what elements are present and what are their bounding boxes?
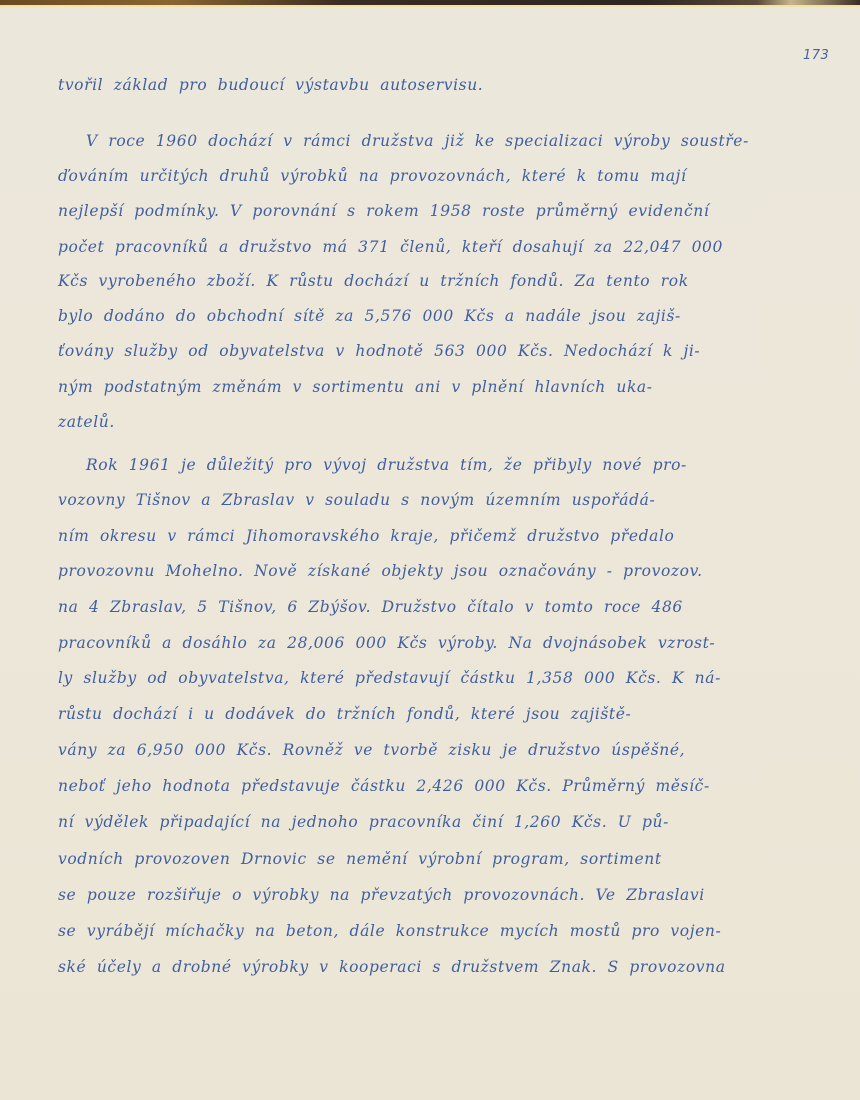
handwritten-line: vodních provozoven Drnovic se nemění výr… xyxy=(58,849,798,869)
handwritten-line: na 4 Zbraslav, 5 Tišnov, 6 Zbýšov. Družs… xyxy=(58,597,798,617)
handwritten-line: se pouze rozšiřuje o výrobky na převzatý… xyxy=(58,885,798,905)
handwritten-line: se vyrábějí míchačky na beton, dále kons… xyxy=(58,921,798,941)
handwritten-line: pracovníků a dosáhlo za 28,006 000 Kčs v… xyxy=(58,633,798,653)
handwritten-line: ly služby od obyvatelstva, které předsta… xyxy=(58,668,798,688)
handwritten-line: V roce 1960 dochází v rámci družstva již… xyxy=(86,131,826,151)
handwritten-line: neboť jeho hodnota představuje částku 2,… xyxy=(58,776,798,796)
handwritten-line: ťovány služby od obyvatelstva v hodnotě … xyxy=(58,341,798,361)
page-number: 173 xyxy=(803,48,829,63)
handwritten-line: počet pracovníků a družstvo má 371 členů… xyxy=(58,237,798,257)
handwritten-line: růstu dochází i u dodávek do tržních fon… xyxy=(58,704,798,724)
handwritten-line: zatelů. xyxy=(58,412,798,432)
handwritten-line: vozovny Tišnov a Zbraslav v souladu s no… xyxy=(58,490,798,510)
handwritten-line: Kčs vyrobeného zboží. K růstu dochází u … xyxy=(58,271,798,291)
handwritten-line: bylo dodáno do obchodní sítě za 5,576 00… xyxy=(58,306,798,326)
handwritten-line: ným podstatným změnám v sortimentu ani v… xyxy=(58,377,798,397)
paper-edge xyxy=(0,5,860,7)
handwritten-line: ďováním určitých druhů výrobků na provoz… xyxy=(58,166,798,186)
handwritten-line: vány za 6,950 000 Kčs. Rovněž ve tvorbě … xyxy=(58,740,798,760)
handwritten-line: nejlepší podmínky. V porovnání s rokem 1… xyxy=(58,201,798,221)
handwritten-line: provozovnu Mohelno. Nově získané objekty… xyxy=(58,561,798,581)
handwritten-line: ské účely a drobné výrobky v kooperaci s… xyxy=(58,957,798,977)
handwritten-line: ní výdělek připadající na jednoho pracov… xyxy=(58,812,798,832)
document-page: 173 tvořil základ pro budoucí výstavbu a… xyxy=(0,0,860,1100)
handwritten-line: ním okresu v rámci Jihomoravského kraje,… xyxy=(58,526,798,546)
handwritten-line: Rok 1961 je důležitý pro vývoj družstva … xyxy=(86,455,826,475)
handwritten-line: tvořil základ pro budoucí výstavbu autos… xyxy=(58,75,798,95)
